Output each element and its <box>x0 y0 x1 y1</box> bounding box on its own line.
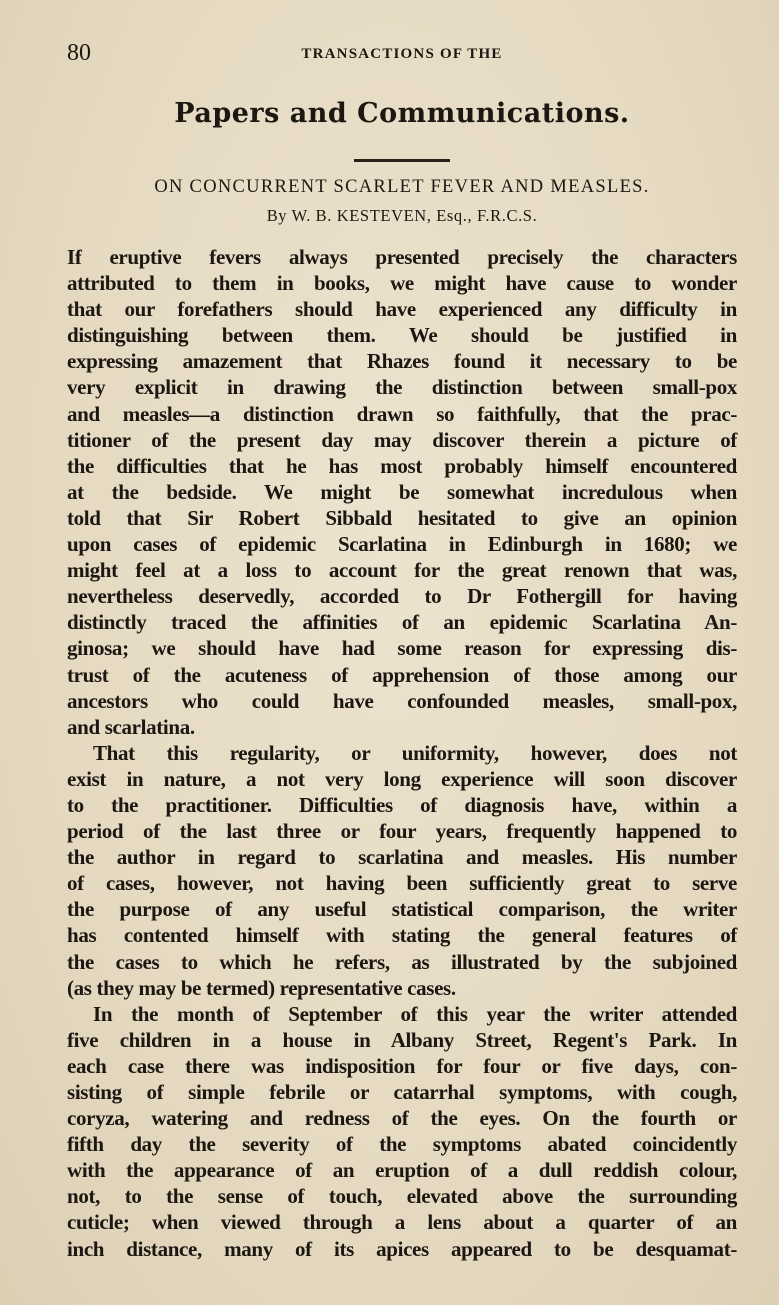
text-line: attributed to them in books, we might ha… <box>67 270 737 296</box>
text-line: and measles—a distinction drawn so faith… <box>67 401 737 427</box>
text-line: five children in a house in Albany Stree… <box>67 1027 737 1053</box>
text-line: inch distance, many of its apices appear… <box>67 1236 737 1262</box>
text-line: exist in nature, a not very long experie… <box>67 766 737 792</box>
text-line: upon cases of epidemic Scarlatina in Edi… <box>67 531 737 557</box>
text-line: to the practitioner. Difficulties of dia… <box>67 792 737 818</box>
text-line: distinctly traced the affinities of an e… <box>67 609 737 635</box>
text-line: sisting of simple febrile or catarrhal s… <box>67 1079 737 1105</box>
text-line: In the month of September of this year t… <box>67 1001 737 1027</box>
text-line: at the bedside. We might be somewhat inc… <box>67 479 737 505</box>
text-line: the cases to which he refers, as illustr… <box>67 949 737 975</box>
text-line: not, to the sense of touch, elevated abo… <box>67 1183 737 1209</box>
text-line: distinguishing between them. We should b… <box>67 322 737 348</box>
text-line: the purpose of any useful statistical co… <box>67 896 737 922</box>
running-head: 80 TRANSACTIONS OF THE <box>67 40 737 70</box>
text-line: and scarlatina. <box>67 714 737 740</box>
text-line: trust of the acuteness of apprehension o… <box>67 662 737 688</box>
text-line: the author in regard to scarlatina and m… <box>67 844 737 870</box>
text-line: nevertheless deservedly, accorded to Dr … <box>67 583 737 609</box>
text-line: expressing amazement that Rhazes found i… <box>67 348 737 374</box>
text-line: might feel at a loss to account for the … <box>67 557 737 583</box>
text-line: fifth day the severity of the symptoms a… <box>67 1131 737 1157</box>
text-line: with the appearance of an eruption of a … <box>67 1157 737 1183</box>
text-line: titioner of the present day may discover… <box>67 427 737 453</box>
article-title: ON CONCURRENT SCARLET FEVER AND MEASLES. <box>67 177 737 198</box>
article-byline: By W. B. KESTEVEN, Esq., F.R.C.S. <box>67 206 737 226</box>
title-rule <box>354 159 450 162</box>
text-line: (as they may be termed) representative c… <box>67 975 737 1001</box>
text-line: each case there was indisposition for fo… <box>67 1053 737 1079</box>
text-line: the difficulties that he has most probab… <box>67 453 737 479</box>
text-line: If eruptive fevers always presented prec… <box>67 244 737 270</box>
text-line: cuticle; when viewed through a lens abou… <box>67 1209 737 1235</box>
text-line: very explicit in drawing the distinction… <box>67 374 737 400</box>
text-line: of cases, however, not having been suffi… <box>67 870 737 896</box>
article-body: If eruptive fevers always presented prec… <box>67 244 737 1262</box>
text-line: coryza, watering and redness of the eyes… <box>67 1105 737 1131</box>
section-title: Papers and Communications. <box>67 98 737 129</box>
text-line: ancestors who could have confounded meas… <box>67 688 737 714</box>
journal-title: TRANSACTIONS OF THE <box>67 46 737 63</box>
text-line: told that Sir Robert Sibbald hesitated t… <box>67 505 737 531</box>
text-line: that our forefathers should have experie… <box>67 296 737 322</box>
text-line: ginosa; we should have had some reason f… <box>67 635 737 661</box>
text-line: has contented himself with stating the g… <box>67 922 737 948</box>
text-line: period of the last three or four years, … <box>67 818 737 844</box>
text-line: That this regularity, or uniformity, how… <box>67 740 737 766</box>
